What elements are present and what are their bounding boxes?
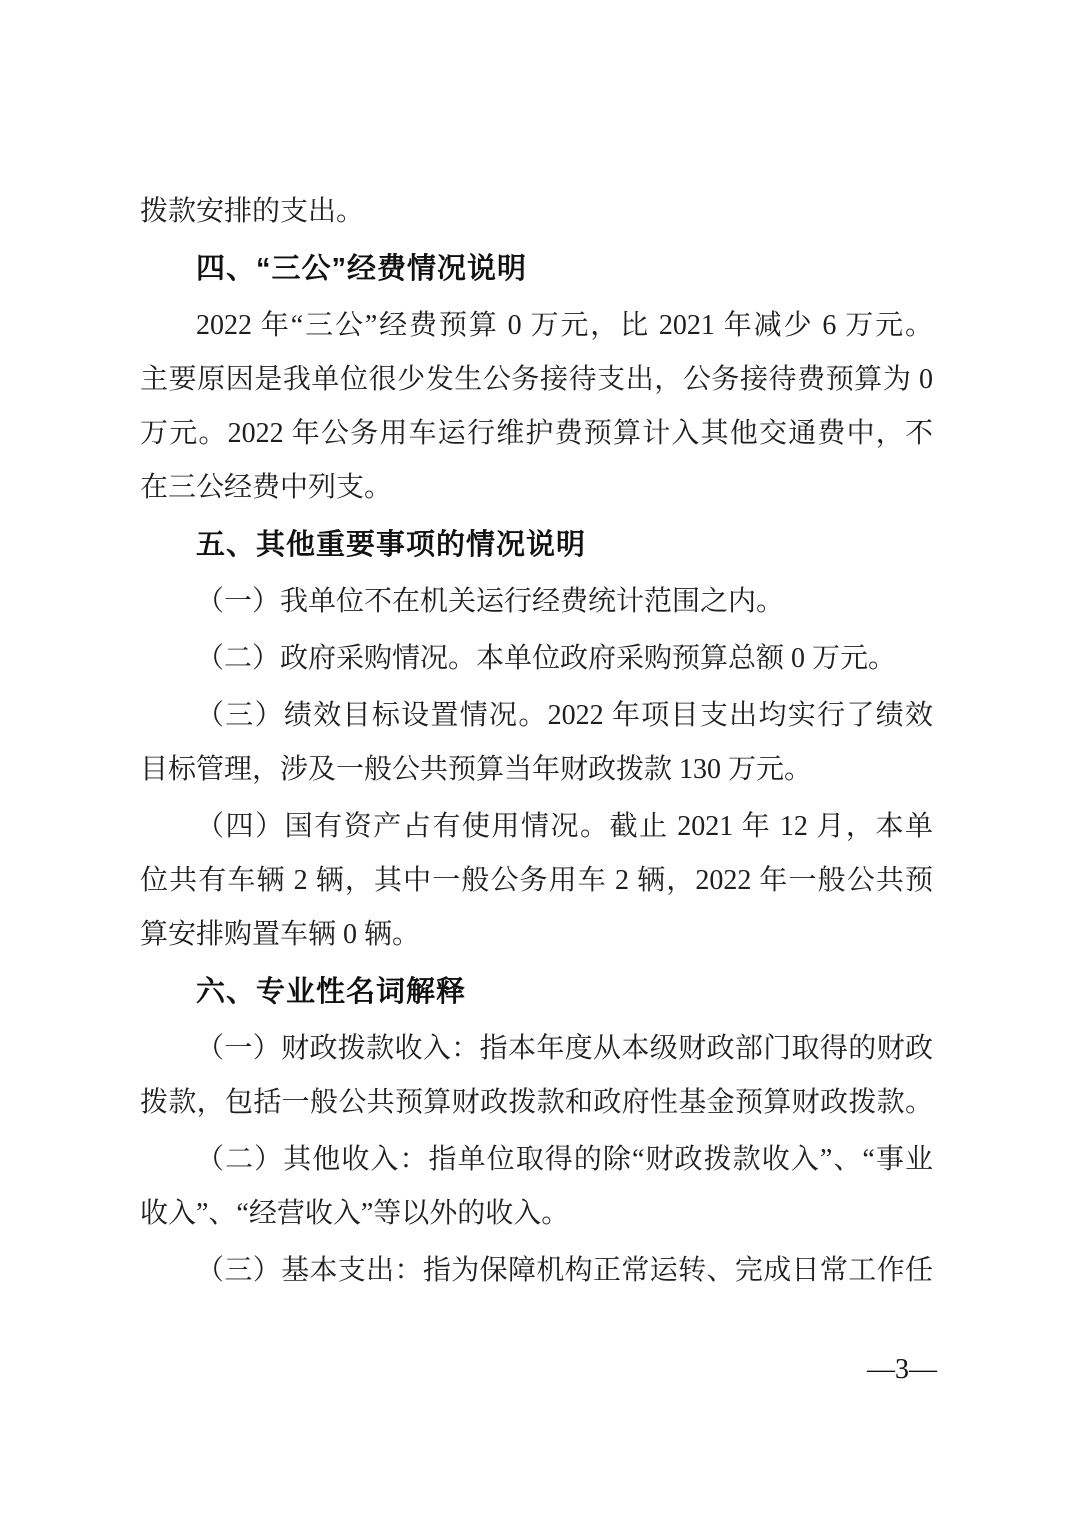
text-line: 目标管理，涉及一般公共预算当年财政拨款 130 万元。 — [140, 743, 933, 797]
text-line: 主要原因是我单位很少发生公务接待支出，公务接待费预算为 0 — [140, 353, 933, 407]
paragraph: 拨款安排的支出。 — [140, 185, 933, 239]
paragraph: （一）我单位不在机关运行经费统计范围之内。 — [140, 575, 933, 629]
paragraph: （一）财政拨款收入：指本年度从本级财政部门取得的财政拨款，包括一般公共预算财政拨… — [140, 1022, 933, 1130]
document-body: 拨款安排的支出。四、“三公”经费情况说明2022 年“三公”经费预算 0 万元，… — [140, 185, 933, 1301]
text-line: （一）财政拨款收入：指本年度从本级财政部门取得的财政 — [140, 1022, 933, 1076]
paragraph: （二）其他收入：指单位取得的除“财政拨款收入”、“事业收入”、“经营收入”等以外… — [140, 1133, 933, 1241]
text-line: （二）政府采购情况。本单位政府采购预算总额 0 万元。 — [140, 632, 933, 686]
text-line: 位共有车辆 2 辆，其中一般公务用车 2 辆，2022 年一般公共预 — [140, 854, 933, 908]
text-line: 2022 年“三公”经费预算 0 万元，比 2021 年减少 6 万元。 — [140, 299, 933, 353]
section-heading: 五、其他重要事项的情况说明 — [140, 518, 933, 572]
text-line: （三）基本支出：指为保障机构正常运转、完成日常工作任 — [140, 1244, 933, 1298]
page-number: —3— — [867, 1352, 937, 1388]
paragraph: （三）基本支出：指为保障机构正常运转、完成日常工作任 — [140, 1244, 933, 1298]
paragraph: （二）政府采购情况。本单位政府采购预算总额 0 万元。 — [140, 632, 933, 686]
text-line: 在三公经费中列支。 — [140, 461, 933, 515]
text-line: （四）国有资产占有使用情况。截止 2021 年 12 月，本单 — [140, 800, 933, 854]
text-line: （一）我单位不在机关运行经费统计范围之内。 — [140, 575, 933, 629]
paragraph: （三）绩效目标设置情况。2022 年项目支出均实行了绩效目标管理，涉及一般公共预… — [140, 689, 933, 797]
paragraph: 2022 年“三公”经费预算 0 万元，比 2021 年减少 6 万元。主要原因… — [140, 299, 933, 515]
text-line: 收入”、“经营收入”等以外的收入。 — [140, 1187, 933, 1241]
paragraph: （四）国有资产占有使用情况。截止 2021 年 12 月，本单位共有车辆 2 辆… — [140, 800, 933, 962]
text-line: （二）其他收入：指单位取得的除“财政拨款收入”、“事业 — [140, 1133, 933, 1187]
section-heading: 四、“三公”经费情况说明 — [140, 242, 933, 296]
text-line: 拨款安排的支出。 — [140, 185, 933, 239]
text-line: 万元。2022 年公务用车运行维护费预算计入其他交通费中，不 — [140, 407, 933, 461]
text-line: （三）绩效目标设置情况。2022 年项目支出均实行了绩效 — [140, 689, 933, 743]
section-heading: 六、专业性名词解释 — [140, 965, 933, 1019]
document-page: 拨款安排的支出。四、“三公”经费情况说明2022 年“三公”经费预算 0 万元，… — [0, 0, 1074, 1520]
text-line: 拨款，包括一般公共预算财政拨款和政府性基金预算财政拨款。 — [140, 1076, 933, 1130]
text-line: 算安排购置车辆 0 辆。 — [140, 908, 933, 962]
